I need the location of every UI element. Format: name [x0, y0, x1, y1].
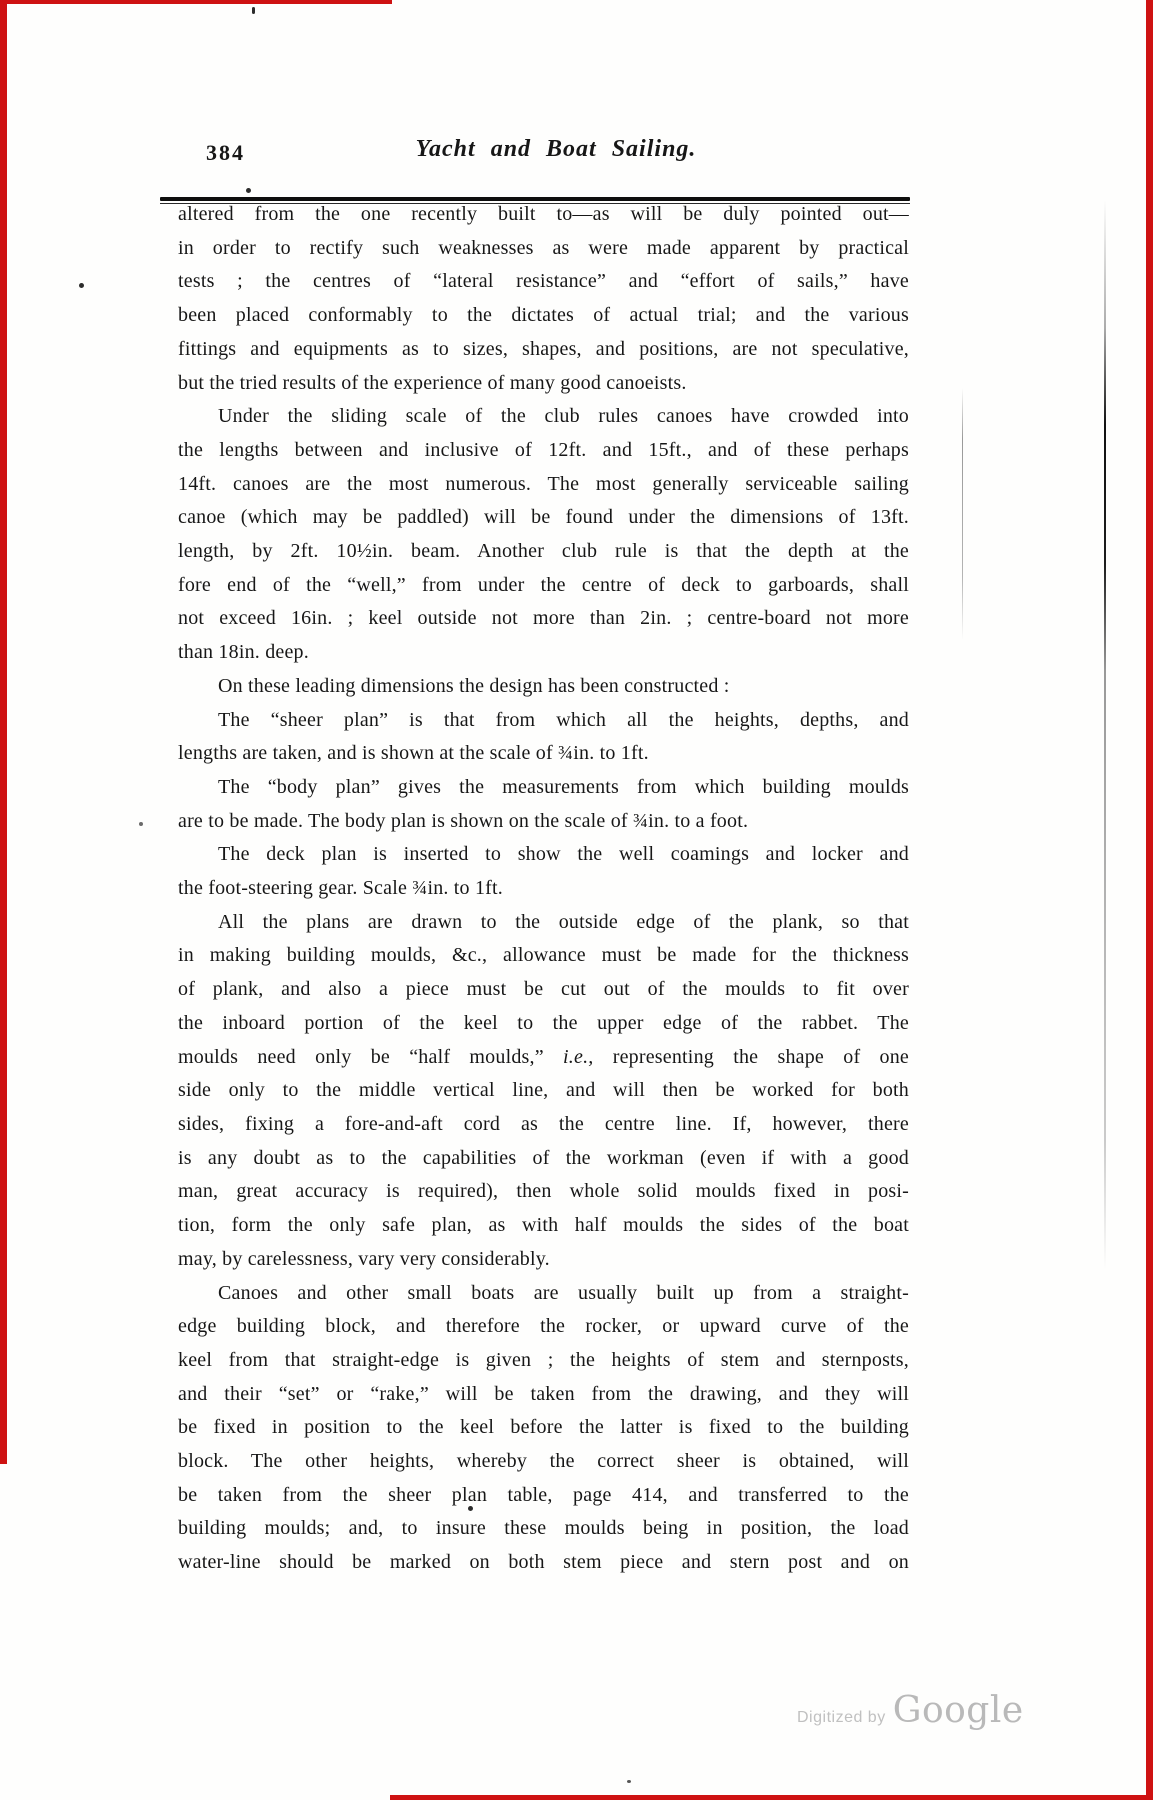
text-line: side only to the middle vertical line, a… — [178, 1074, 909, 1108]
text-line: The “sheer plan” is that from which all … — [178, 704, 909, 738]
text-line: and their “set” or “rake,” will be taken… — [178, 1378, 909, 1412]
scan-speck — [627, 1780, 631, 1783]
text-line: 14ft. canoes are the most numerous. The … — [178, 468, 909, 502]
scan-speck — [246, 188, 251, 193]
running-title: Yacht and Boat Sailing. — [180, 136, 932, 163]
scan-edge-left — [0, 0, 7, 1464]
scan-speck — [468, 1506, 473, 1511]
text-line: be taken from the sheer plan table, page… — [178, 1479, 909, 1513]
text-line: All the plans are drawn to the outside e… — [178, 906, 909, 940]
text-line: the inboard portion of the keel to the u… — [178, 1007, 909, 1041]
text-line: canoe (which may be paddled) will be fou… — [178, 501, 909, 535]
text-line: fore end of the “well,” from under the c… — [178, 569, 909, 603]
text-line: The deck plan is inserted to show the we… — [178, 838, 909, 872]
scan-speck — [139, 822, 143, 826]
watermark-prefix: Digitized by — [797, 1709, 886, 1727]
text-line: lengths are taken, and is shown at the s… — [178, 737, 909, 771]
text-line: been placed conformably to the dictates … — [178, 299, 909, 333]
text-line: moulds need only be “half moulds,” i.e.,… — [178, 1041, 909, 1075]
text-block: altered from the one recently built to—a… — [178, 198, 909, 1580]
watermark: Digitized by Google — [797, 1690, 1024, 1731]
text-line: are to be made. The body plan is shown o… — [178, 805, 909, 839]
scan-edge-right — [1146, 0, 1153, 1800]
text-line: be fixed in position to the keel before … — [178, 1411, 909, 1445]
book-page-scan: 384 Yacht and Boat Sailing. altered from… — [0, 0, 1153, 1800]
text-line: than 18in. deep. — [178, 636, 909, 670]
text-line: man, great accuracy is required), then w… — [178, 1175, 909, 1209]
scan-edge-bottom — [390, 1795, 1153, 1800]
text-line: Canoes and other small boats are usually… — [178, 1277, 909, 1311]
text-line: The “body plan” gives the measurements f… — [178, 771, 909, 805]
text-line: edge building block, and therefore the r… — [178, 1310, 909, 1344]
text-line: Under the sliding scale of the club rule… — [178, 400, 909, 434]
text-line: of plank, and also a piece must be cut o… — [178, 973, 909, 1007]
text-line: building moulds; and, to insure these mo… — [178, 1512, 909, 1546]
text-line: the foot-steering gear. Scale ¾in. to 1f… — [178, 872, 909, 906]
text-line: not exceed 16in. ; keel outside not more… — [178, 602, 909, 636]
text-line: sides, fixing a fore-and-aft cord as the… — [178, 1108, 909, 1142]
text-line: block. The other heights, whereby the co… — [178, 1445, 909, 1479]
scan-speck — [252, 7, 255, 14]
text-line: in order to rectify such weaknesses as w… — [178, 232, 909, 266]
text-line: but the tried results of the experience … — [178, 367, 909, 401]
scan-gutter-line-faint — [962, 388, 963, 640]
scan-edge-top — [0, 0, 392, 4]
text-line: altered from the one recently built to—a… — [178, 198, 909, 232]
text-line: is any doubt as to the capabilities of t… — [178, 1142, 909, 1176]
text-line: in making building moulds, &c., allowanc… — [178, 939, 909, 973]
text-line: water-line should be marked on both stem… — [178, 1546, 909, 1580]
text-line: On these leading dimensions the design h… — [178, 670, 909, 704]
scan-gutter-line-dark — [1104, 200, 1106, 1270]
text-line: tests ; the centres of “lateral resistan… — [178, 265, 909, 299]
text-line: length, by 2ft. 10½in. beam. Another clu… — [178, 535, 909, 569]
google-logo: Google — [893, 1690, 1024, 1731]
scan-speck — [79, 283, 84, 288]
text-line: the lengths between and inclusive of 12f… — [178, 434, 909, 468]
text-line: may, by carelessness, vary very consider… — [178, 1243, 909, 1277]
text-line: tion, form the only safe plan, as with h… — [178, 1209, 909, 1243]
text-line: keel from that straight-edge is given ; … — [178, 1344, 909, 1378]
text-line: fittings and equipments as to sizes, sha… — [178, 333, 909, 367]
